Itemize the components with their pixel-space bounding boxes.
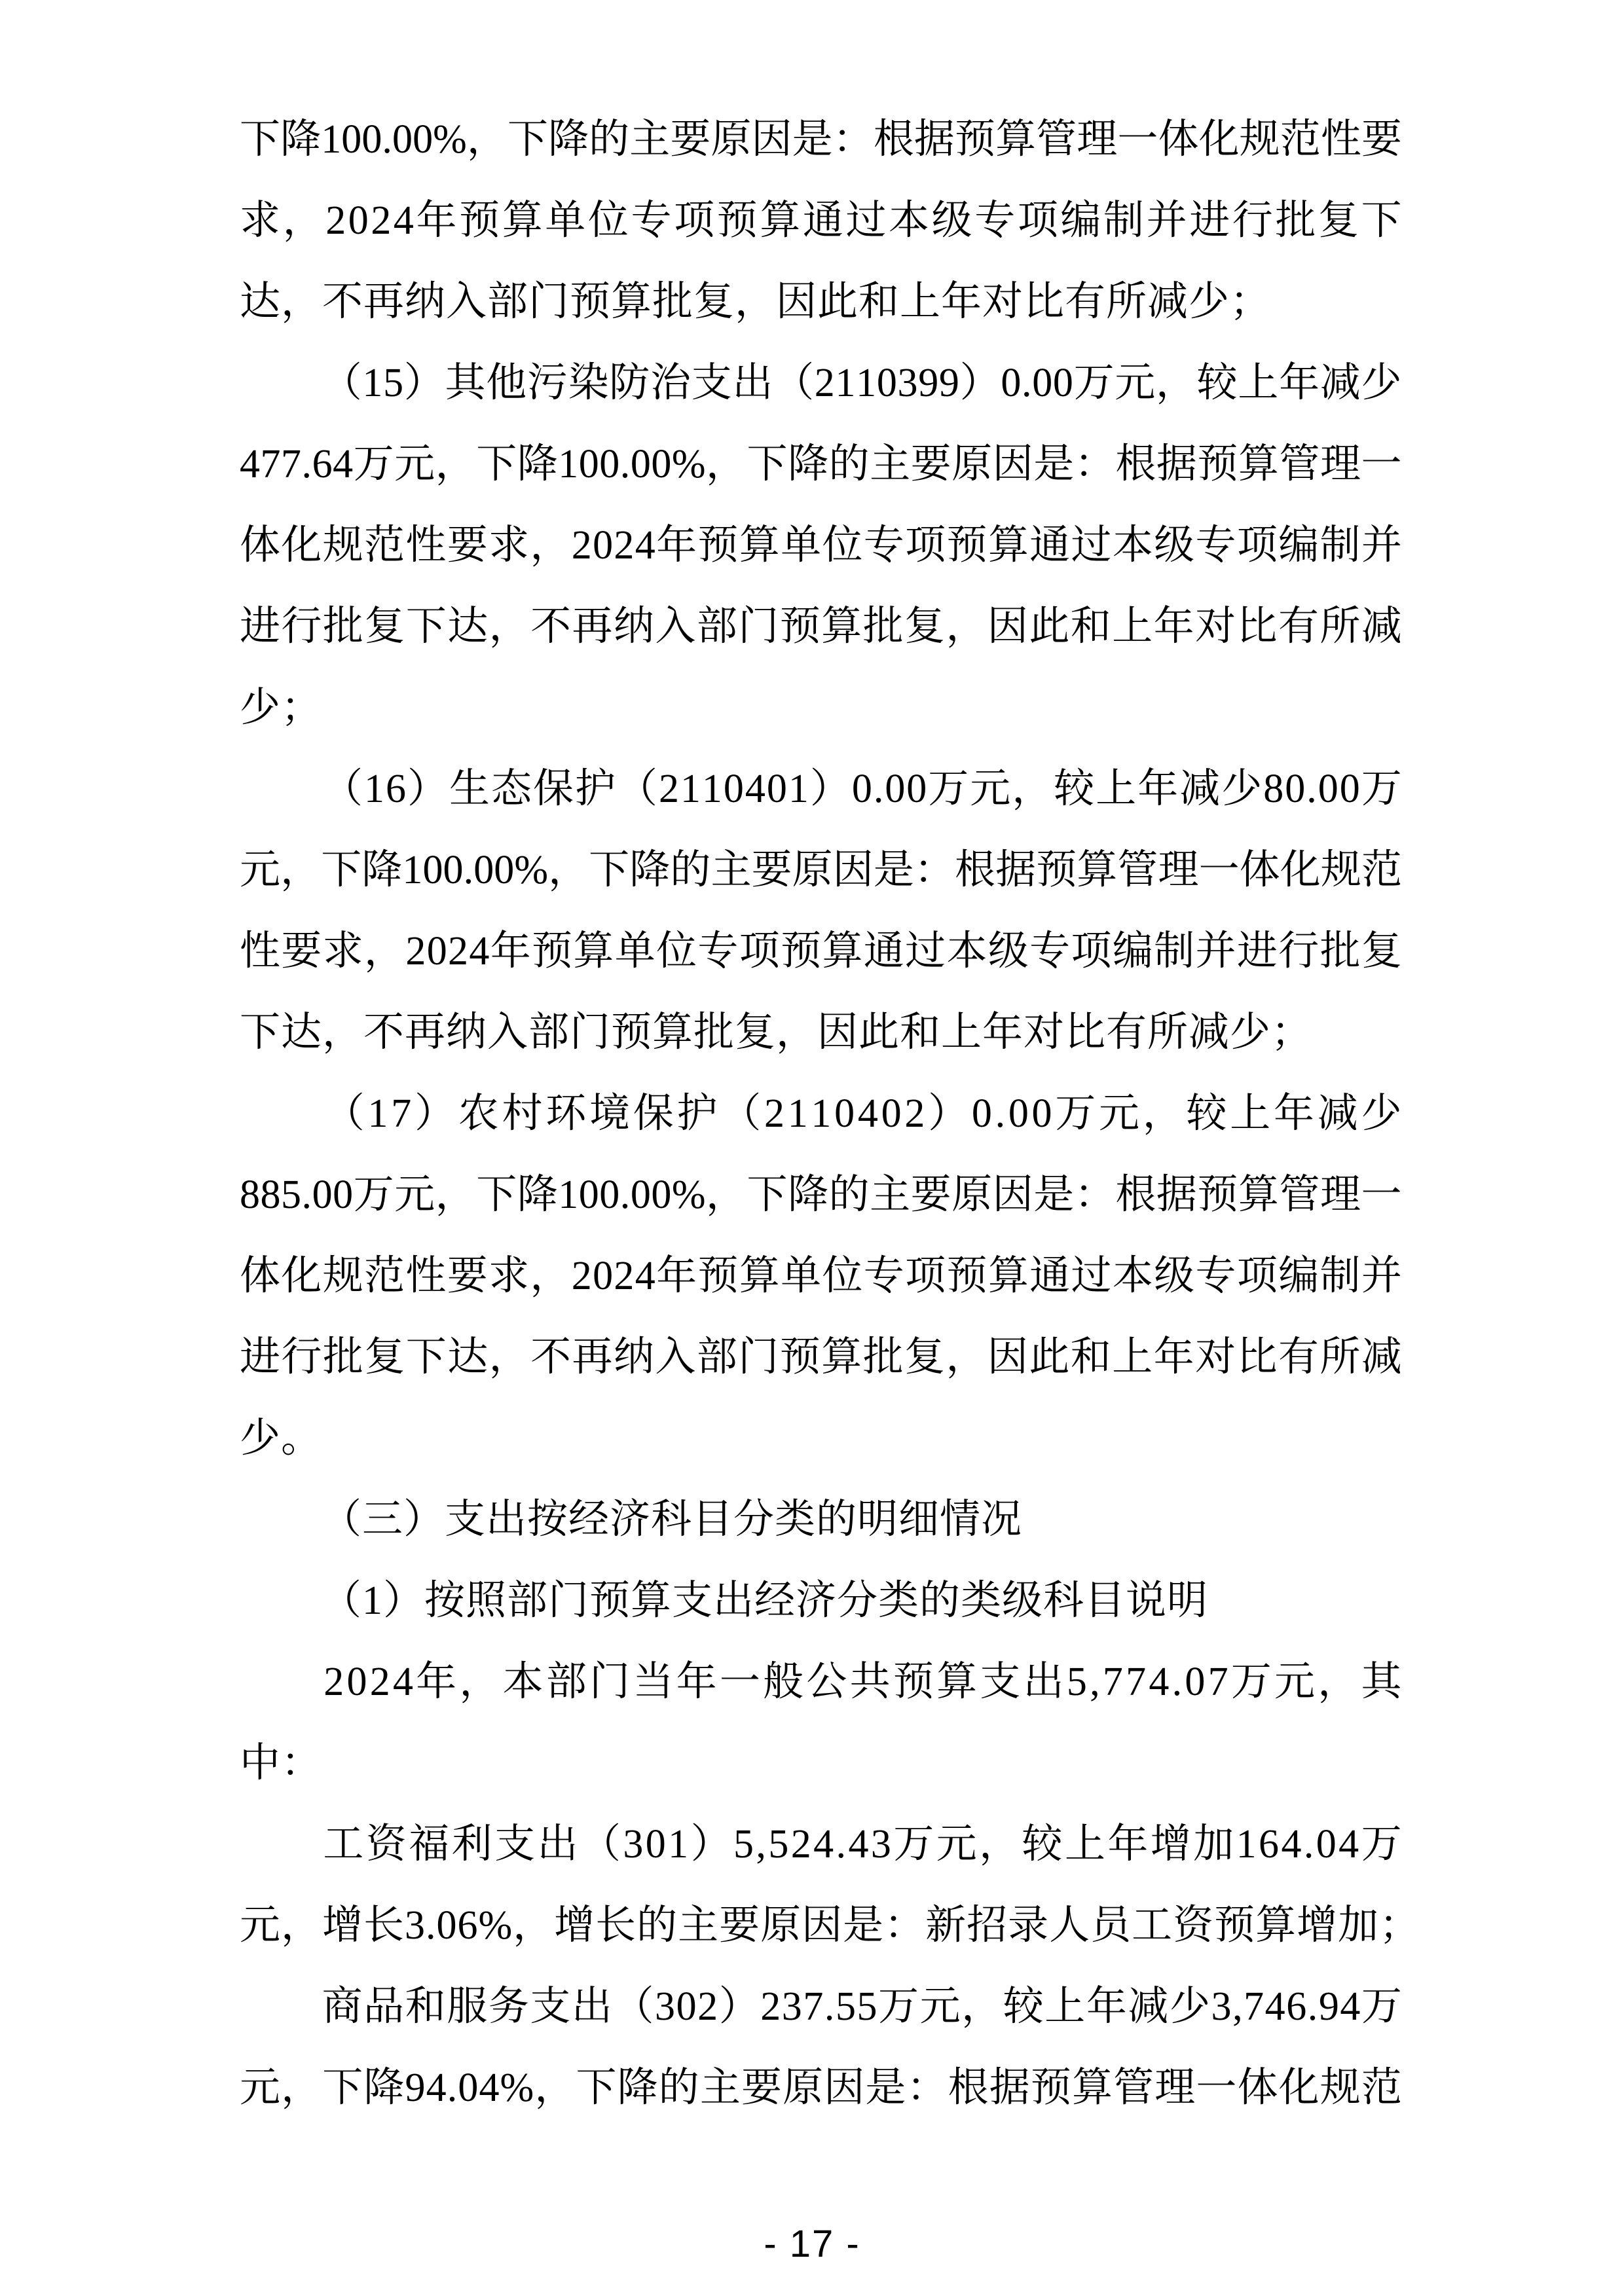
page-number: - 17 - bbox=[764, 2223, 860, 2265]
text-line-22: 工资福利支出（301）5,524.43万元，较上年增加164.04万 bbox=[240, 1804, 1402, 1885]
text-line-6: 体化规范性要求，2024年预算单位专项预算通过本级专项编制并 bbox=[240, 505, 1402, 586]
text-line-21: 中： bbox=[240, 1722, 1402, 1804]
text-line-20: 2024年，本部门当年一般公共预算支出5,774.07万元，其 bbox=[240, 1641, 1402, 1722]
paragraph-indent bbox=[240, 748, 321, 829]
text-line-10: 元，下降100.00%，下降的主要原因是：根据预算管理一体化规范 bbox=[240, 829, 1402, 911]
text-line-19: （1）按照部门预算支出经济分类的类级科目说明 bbox=[240, 1560, 1402, 1641]
paragraph-indent bbox=[240, 1641, 321, 1722]
text-line-11: 性要求，2024年预算单位专项预算通过本级专项编制并进行批复 bbox=[240, 911, 1402, 992]
text-line-18: （三）支出按经济科目分类的明细情况 bbox=[240, 1479, 1402, 1560]
paragraph-indent bbox=[240, 1966, 321, 2047]
text-line-9: （16）生态保护（2110401）0.00万元，较上年减少80.00万 bbox=[240, 748, 1402, 829]
text-line-25: 元，下降94.04%，下降的主要原因是：根据预算管理一体化规范 bbox=[240, 2047, 1402, 2128]
document-page: 下降100.00%，下降的主要原因是：根据预算管理一体化规范性要求，2024年预… bbox=[0, 0, 1624, 2296]
body-text: 下降100.00%，下降的主要原因是：根据预算管理一体化规范性要求，2024年预… bbox=[240, 99, 1402, 2128]
text-line-13: （17）农村环境保护（2110402）0.00万元，较上年减少 bbox=[240, 1073, 1402, 1154]
text-line-7: 进行批复下达，不再纳入部门预算批复，因此和上年对比有所减 bbox=[240, 586, 1402, 667]
text-line-16: 进行批复下达，不再纳入部门预算批复，因此和上年对比有所减 bbox=[240, 1317, 1402, 1398]
text-line-12: 下达，不再纳入部门预算批复，因此和上年对比有所减少； bbox=[240, 992, 1402, 1073]
text-line-4: （15）其他污染防治支出（2110399）0.00万元，较上年减少 bbox=[240, 342, 1402, 424]
page-footer: - 17 - bbox=[0, 2223, 1624, 2265]
text-line-17: 少。 bbox=[240, 1398, 1402, 1479]
paragraph-indent bbox=[240, 1804, 321, 1885]
text-line-23: 元，增长3.06%，增长的主要原因是：新招录人员工资预算增加； bbox=[240, 1885, 1402, 1966]
paragraph-indent bbox=[240, 342, 321, 424]
text-line-3: 达，不再纳入部门预算批复，因此和上年对比有所减少； bbox=[240, 261, 1402, 342]
paragraph-indent bbox=[240, 1073, 321, 1154]
text-line-1: 下降100.00%，下降的主要原因是：根据预算管理一体化规范性要 bbox=[240, 99, 1402, 180]
text-line-15: 体化规范性要求，2024年预算单位专项预算通过本级专项编制并 bbox=[240, 1235, 1402, 1317]
text-line-24: 商品和服务支出（302）237.55万元，较上年减少3,746.94万 bbox=[240, 1966, 1402, 2047]
text-line-5: 477.64万元，下降100.00%，下降的主要原因是：根据预算管理一 bbox=[240, 424, 1402, 505]
text-line-8: 少； bbox=[240, 667, 1402, 748]
text-line-14: 885.00万元，下降100.00%，下降的主要原因是：根据预算管理一 bbox=[240, 1154, 1402, 1235]
text-line-2: 求，2024年预算单位专项预算通过本级专项编制并进行批复下 bbox=[240, 180, 1402, 261]
